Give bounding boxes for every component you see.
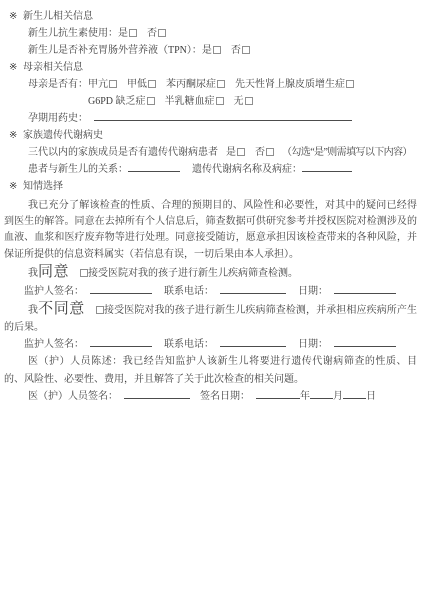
staff-narrative-label: 医（护）人员陈述： — [28, 356, 123, 367]
family-disease-field-line[interactable] — [302, 161, 352, 172]
mother-conditions-row2: G6PD 缺乏症半乳糖血症无 — [4, 93, 417, 110]
staff-narrative: 医（护）人员陈述：我已经告知监护人该新生儿将要进行遗传代谢病筛查的性质、目的、风… — [4, 353, 417, 388]
condition-hypothyroid-checkbox[interactable] — [148, 80, 156, 88]
section-newborn-title: 新生儿相关信息 — [23, 11, 93, 22]
condition-pku-checkbox[interactable] — [217, 80, 225, 88]
disagree-checkbox[interactable] — [96, 306, 104, 314]
antibiotic-yes-checkbox[interactable] — [129, 29, 137, 37]
agree-guardian-label: 监护人签名： — [24, 286, 84, 297]
section-family-header: ※家族遗传代谢病史 — [4, 127, 417, 144]
tpn-no-label: 否 — [231, 45, 241, 56]
section-mother-header: ※母亲相关信息 — [4, 59, 417, 76]
tpn-no-checkbox[interactable] — [242, 46, 250, 54]
section-marker: ※ — [4, 59, 23, 76]
staff-sign-date-line[interactable] — [256, 388, 300, 399]
tpn-yes-label: 是 — [202, 45, 212, 56]
medication-history-field-line[interactable] — [94, 110, 352, 121]
agree-signature-row: 监护人签名：联系电话：日期： — [4, 283, 417, 300]
agree-row: 我同意接受医院对我的孩子进行新生儿疾病筛查检测。 — [4, 265, 417, 283]
agree-prefix: 我 — [28, 268, 38, 279]
consent-form-page: ※新生儿相关信息 新生儿抗生素使用：是否 新生儿是否补充胃肠外营养液（TPN）：… — [0, 0, 421, 611]
condition-hyperthyroid-label: 甲亢 — [88, 79, 108, 90]
medication-label: 孕期用药史： — [28, 113, 88, 124]
agree-decision-text: 同意 — [38, 264, 69, 280]
condition-none-checkbox[interactable] — [245, 97, 253, 105]
condition-hypothyroid-label: 甲低 — [127, 79, 147, 90]
agree-date-field-line[interactable] — [334, 283, 396, 294]
condition-cah-checkbox[interactable] — [346, 80, 354, 88]
condition-hyperthyroid-checkbox[interactable] — [109, 80, 117, 88]
disagree-phone-field-line[interactable] — [220, 336, 286, 347]
disagree-guardian-label: 监护人签名： — [24, 339, 84, 350]
section-informed-title: 知情选择 — [23, 181, 63, 192]
section-mother-title: 母亲相关信息 — [23, 62, 83, 73]
agree-checkbox[interactable] — [80, 269, 88, 277]
staff-day-line[interactable] — [343, 388, 366, 399]
medication-row: 孕期用药史： — [4, 110, 417, 127]
family-note: （勾选“是”则需填写以下内容） — [282, 147, 412, 158]
staff-signature-row: 医（护）人员签名：签名日期：年月日 — [4, 388, 417, 405]
disagree-signature-row: 监护人签名：联系电话：日期： — [4, 336, 417, 353]
staff-year-label: 年 — [300, 391, 310, 402]
disagree-date-label: 日期： — [298, 339, 328, 350]
agree-statement: 接受医院对我的孩子进行新生儿疾病筛查检测。 — [88, 268, 298, 279]
condition-g6pd-label: G6PD 缺乏症 — [88, 96, 146, 107]
condition-galactosemia-checkbox[interactable] — [216, 97, 224, 105]
staff-month-label: 月 — [333, 391, 343, 402]
condition-galactosemia-label: 半乳糖血症 — [165, 96, 215, 107]
family-question-label: 三代以内的家族成员是否有遗传代谢病患者 — [28, 147, 218, 158]
mother-conditions-row1: 母亲是否有：甲亢甲低苯丙酮尿症先天性肾上腺皮质增生症 — [4, 76, 417, 93]
staff-month-line[interactable] — [310, 388, 333, 399]
condition-none-label: 无 — [234, 96, 244, 107]
antibiotic-row: 新生儿抗生素使用：是否 — [4, 25, 417, 42]
disagree-date-field-line[interactable] — [334, 336, 396, 347]
section-informed-header: ※知情选择 — [4, 178, 417, 195]
tpn-row: 新生儿是否补充胃肠外营养液（TPN）：是否 — [4, 42, 417, 59]
agree-date-label: 日期： — [298, 286, 328, 297]
condition-cah-label: 先天性肾上腺皮质增生症 — [235, 79, 345, 90]
antibiotic-no-label: 否 — [147, 28, 157, 39]
section-newborn-header: ※新生儿相关信息 — [4, 8, 417, 25]
disagree-guardian-signature-line[interactable] — [90, 336, 152, 347]
section-marker: ※ — [4, 8, 23, 25]
tpn-label: 新生儿是否补充胃肠外营养液（TPN）： — [28, 45, 202, 56]
agree-phone-field-line[interactable] — [220, 283, 286, 294]
tpn-yes-checkbox[interactable] — [213, 46, 221, 54]
staff-signature-line[interactable] — [124, 388, 190, 399]
section-marker: ※ — [4, 127, 23, 144]
family-yes-checkbox[interactable] — [237, 148, 245, 156]
condition-pku-label: 苯丙酮尿症 — [166, 79, 216, 90]
staff-sign-date-label: 签名日期： — [200, 391, 250, 402]
section-marker: ※ — [4, 178, 23, 195]
condition-g6pd-checkbox[interactable] — [147, 97, 155, 105]
family-disease-label: 遗传代谢病名称及病症： — [192, 164, 302, 175]
family-relation-field-line[interactable] — [128, 161, 180, 172]
antibiotic-no-checkbox[interactable] — [158, 29, 166, 37]
agree-phone-label: 联系电话： — [164, 286, 214, 297]
disagree-row: 我不同意接受医院对我的孩子进行新生儿疾病筛查检测，并承担相应疾病所产生的后果。 — [4, 302, 417, 337]
disagree-prefix: 我 — [28, 305, 38, 316]
antibiotic-yes-label: 是 — [118, 28, 128, 39]
family-question-row: 三代以内的家族成员是否有遗传代谢病患者是否（勾选“是”则需填写以下内容） — [4, 144, 417, 161]
family-detail-row: 患者与新生儿的关系：遗传代谢病名称及病症： — [4, 161, 417, 178]
section-family-title: 家族遗传代谢病史 — [23, 130, 103, 141]
disagree-phone-label: 联系电话： — [164, 339, 214, 350]
antibiotic-label: 新生儿抗生素使用： — [28, 28, 118, 39]
informed-consent-paragraph: 我已充分了解该检查的性质、合理的预期目的、风险性和必要性，对其中的疑问已经得到医… — [4, 198, 417, 263]
mother-conditions-label: 母亲是否有： — [28, 79, 88, 90]
staff-sign-label: 医（护）人员签名： — [28, 391, 118, 402]
family-yes-label: 是 — [226, 147, 236, 158]
staff-day-label: 日 — [366, 391, 376, 402]
family-no-checkbox[interactable] — [266, 148, 274, 156]
family-no-label: 否 — [255, 147, 265, 158]
family-relation-label: 患者与新生儿的关系： — [28, 164, 128, 175]
disagree-decision-text: 不同意 — [38, 301, 85, 317]
agree-guardian-signature-line[interactable] — [90, 283, 152, 294]
